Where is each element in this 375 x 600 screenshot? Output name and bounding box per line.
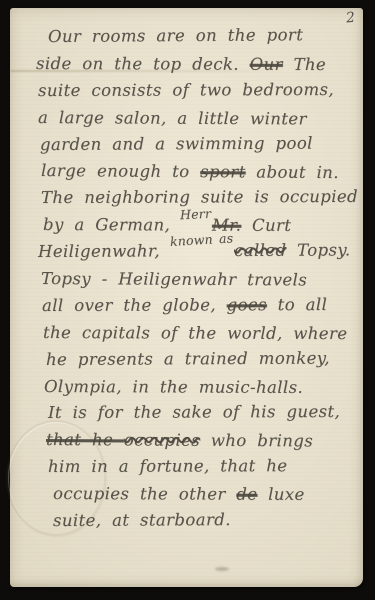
handwritten-line: side on the top deck. Our The xyxy=(36,51,363,79)
word: about in. xyxy=(246,163,339,183)
word: large enough to xyxy=(41,161,200,181)
word: he presents a trained monkey, xyxy=(46,348,330,368)
scribble-word: occupies xyxy=(124,431,200,450)
handwritten-line: him in a fortune, that he xyxy=(48,453,363,481)
handwritten-line: Our rooms are on the port xyxy=(48,22,363,51)
letter-body: Our rooms are on the portside on the top… xyxy=(10,24,363,535)
word: The xyxy=(283,55,326,74)
insert-word: known as xyxy=(169,225,234,256)
handwritten-line: Olympia, in the music-halls. xyxy=(44,374,363,402)
struck-word: that he xyxy=(46,430,124,449)
handwritten-line: It is for the sake of his guest, xyxy=(48,399,363,427)
struck-word: Our xyxy=(250,55,283,74)
struck-word: goes xyxy=(227,295,267,314)
word: Topsy - Heiligenwahr travels xyxy=(41,269,307,289)
word: suite, at starboard. xyxy=(53,510,231,530)
word: garden and a swimming pool xyxy=(40,133,313,153)
handwritten-line: a large salon, a little winter xyxy=(38,105,363,134)
word: a large salon, a little winter xyxy=(38,108,307,128)
handwritten-line: the capitals of the world, where xyxy=(43,320,363,348)
handwritten-line: occupies the other de luxe xyxy=(53,481,363,509)
word: side on the top deck. xyxy=(36,54,250,74)
word: occupies the other xyxy=(53,484,236,504)
handwritten-line: Heiligenwahr, known ascalled Topsy. xyxy=(38,237,363,266)
letter-paper: 2 Our rooms are on the portside on the t… xyxy=(10,8,363,587)
struck-word: sport xyxy=(200,163,246,182)
word: all over the globe, xyxy=(42,295,227,315)
scanned-letter-page: 2 Our rooms are on the portside on the t… xyxy=(0,0,375,600)
struck-word: de xyxy=(236,485,257,504)
word: luxe xyxy=(257,485,304,504)
word: Curt xyxy=(241,216,291,235)
handwritten-line: Topsy - Heiligenwahr travels xyxy=(41,266,363,295)
word: who brings xyxy=(200,431,313,451)
scribble-word: called xyxy=(234,241,286,260)
insert-word: Herr xyxy=(179,201,211,229)
handwritten-line: suite, at starboard. xyxy=(53,506,363,535)
handwritten-line: all over the globe, goes to all xyxy=(42,292,363,320)
handwritten-line: garden and a swimming pool xyxy=(40,130,363,159)
handwritten-line: he presents a trained monkey, xyxy=(46,345,363,374)
word: Olympia, in the music-halls. xyxy=(44,377,303,397)
word: him in a fortune, that he xyxy=(48,456,288,476)
word: It is for the sake of his guest, xyxy=(48,402,340,422)
word: the capitals of the world, where xyxy=(43,323,348,343)
word: Our rooms are on the port xyxy=(48,25,303,46)
word: suite consists of two bedrooms, xyxy=(38,80,334,100)
handwritten-line: suite consists of two bedrooms, xyxy=(38,77,363,105)
ink-smudge xyxy=(215,567,229,571)
word: by a German, xyxy=(43,215,181,234)
word: Heiligenwahr, xyxy=(38,241,171,261)
word: to all xyxy=(267,295,327,314)
word: Topsy. xyxy=(286,240,350,259)
handwritten-line: that he occupies who brings xyxy=(46,427,363,456)
